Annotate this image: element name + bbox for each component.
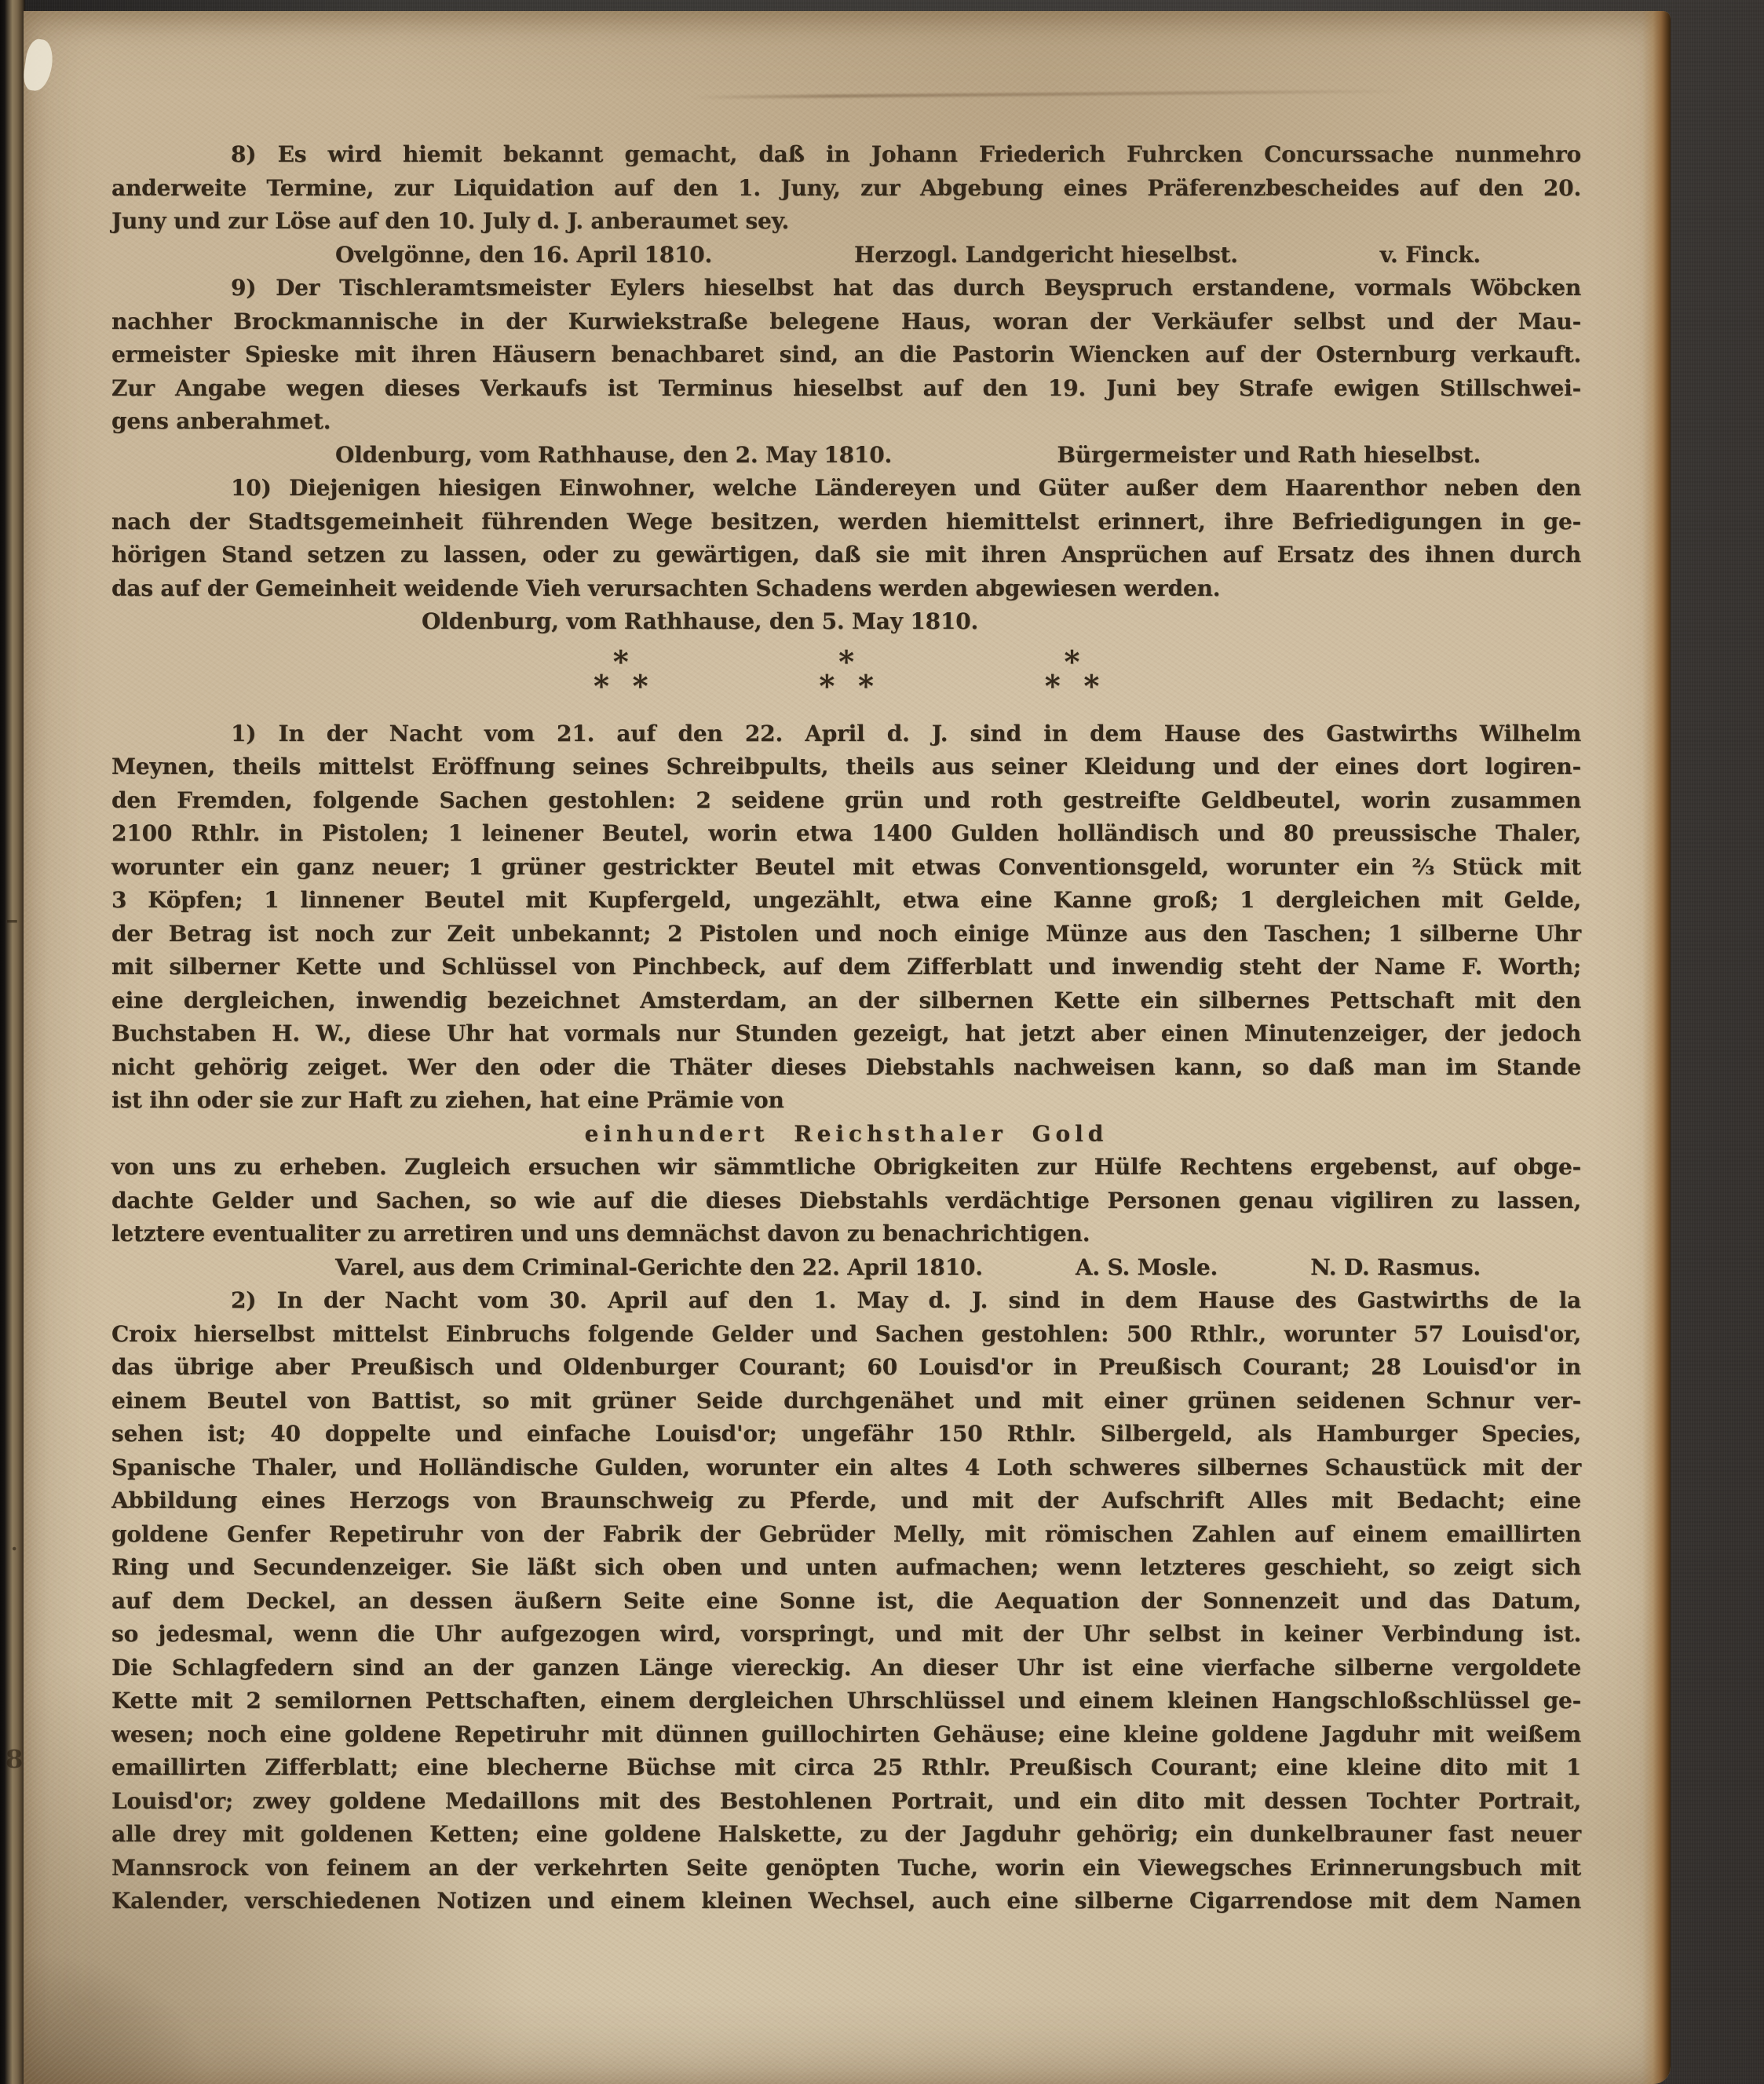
dateline-part: Varel, aus dem Criminal-Gerichte den 22.… — [335, 1251, 983, 1285]
text-line: Spanische Thaler, und Holländische Gulde… — [111, 1451, 1581, 1485]
margin-bleed-mark: - — [5, 909, 19, 933]
asterisk-icon: * — [838, 650, 854, 673]
asterisk-pair: ** — [1045, 673, 1099, 699]
dateline-part: Oldenburg, vom Rathhause, den 5. May 181… — [422, 608, 978, 634]
text-line: ist ihn oder sie zur Haft zu ziehen, hat… — [111, 1084, 1581, 1118]
text-line: nicht gehörig zeiget. Wer den oder die T… — [111, 1051, 1581, 1085]
text-line: anderweite Termine, zur Liquidation auf … — [111, 172, 1581, 206]
text-line: worunter ein ganz neuer; 1 grüner gestri… — [111, 851, 1581, 885]
text-line: sehen ist; 40 doppelte und einfache Loui… — [111, 1418, 1581, 1451]
asterisk-icon: * — [819, 673, 835, 699]
text-line: auf dem Deckel, an dessen äußern Seite e… — [111, 1585, 1581, 1619]
page-thickness-edge — [1642, 11, 1671, 2084]
notice-theft-1: 1) In der Nacht vom 21. auf den 22. Apri… — [111, 717, 1581, 1285]
text-line: Ring und Secundenzeiger. Sie läßt sich o… — [111, 1551, 1581, 1585]
page-stack-edge: - 8 . — [5, 0, 25, 2084]
asterisk-icon: * — [1083, 673, 1099, 699]
text-line: 1) In der Nacht vom 21. auf den 22. Apri… — [111, 717, 1581, 751]
paper-tear-mark — [22, 38, 56, 93]
scanned-page-photo: - 8 . 8) Es wird hiemit bekannt gemacht,… — [0, 0, 1764, 2084]
text-line: Zur Angabe wegen dieses Verkaufs ist Ter… — [111, 372, 1581, 406]
asterisk-pair: ** — [819, 673, 873, 699]
notice-theft-2: 2) In der Nacht vom 30. April auf den 1.… — [111, 1284, 1581, 1918]
text-line: Mannsrock von feinem an der verkehrten S… — [111, 1852, 1581, 1885]
text-line: Juny und zur Löse auf den 10. July d. J.… — [111, 205, 1581, 239]
asterism: *** — [1045, 650, 1099, 703]
text-line: von uns zu erheben. Zugleich ersuchen wi… — [111, 1151, 1581, 1184]
dateline-part: Herzogl. Landgericht hieselbst. — [854, 239, 1238, 272]
asterisk-pair: ** — [593, 673, 648, 699]
dateline-part: N. D. Rasmus. — [1310, 1251, 1481, 1285]
page: 8) Es wird hiemit bekannt gemacht, daß i… — [24, 11, 1671, 2084]
text-block: 8) Es wird hiemit bekannt gemacht, daß i… — [111, 138, 1581, 1918]
asterism: *** — [593, 650, 648, 703]
text-line: hörigen Stand setzen zu lassen, oder zu … — [111, 538, 1581, 572]
notice-9: 9) Der Tischleramtsmeister Eylers hiesel… — [111, 272, 1581, 472]
text-line: einem Beutel von Battist, so mit grüner … — [111, 1385, 1581, 1418]
text-line: Louisd'or; zwey goldene Medaillons mit d… — [111, 1785, 1581, 1819]
notice-8: 8) Es wird hiemit bekannt gemacht, daß i… — [111, 138, 1581, 272]
dateline: Ovelgönne, den 16. April 1810.Herzogl. L… — [111, 239, 1581, 272]
text-line: eine dergleichen, inwendig bezeichnet Am… — [111, 984, 1581, 1018]
asterism-separator: ********* — [111, 650, 1581, 703]
text-line: gens anberahmet. — [111, 405, 1581, 439]
asterisk-icon: * — [1045, 673, 1061, 699]
asterisk-icon: * — [593, 673, 609, 699]
text-line: 9) Der Tischleramtsmeister Eylers hiesel… — [111, 272, 1581, 305]
asterisk-icon: * — [613, 650, 629, 673]
text-line: Kalender, verschiedenen Notizen und eine… — [111, 1885, 1581, 1918]
text-line: Buchstaben H. W., diese Uhr hat vormals … — [111, 1017, 1581, 1051]
text-line: so jedesmal, wenn die Uhr aufgezogen wir… — [111, 1618, 1581, 1652]
dateline: Varel, aus dem Criminal-Gerichte den 22.… — [111, 1251, 1581, 1285]
dateline-part: Oldenburg, vom Rathhause, den 2. May 181… — [335, 439, 892, 473]
text-line: mit silberner Kette und Schlüssel von Pi… — [111, 951, 1581, 984]
text-line: nach der Stadtsgemeinheit führenden Wege… — [111, 505, 1581, 539]
text-line: das übrige aber Preußisch und Oldenburge… — [111, 1351, 1581, 1385]
text-line: ermeister Spieske mit ihren Häusern bena… — [111, 338, 1581, 372]
asterisk-icon: * — [858, 673, 874, 699]
dateline-part: v. Finck. — [1380, 239, 1481, 272]
text-line: Abbildung eines Herzogs von Braunschweig… — [111, 1484, 1581, 1518]
dateline-part: A. S. Mosle. — [1076, 1251, 1218, 1285]
asterisk-icon: * — [1065, 650, 1080, 673]
text-line: Kette mit 2 semilornen Pettschaften, ein… — [111, 1684, 1581, 1718]
paper-crease — [691, 89, 1413, 99]
text-line: 2) In der Nacht vom 30. April auf den 1.… — [111, 1284, 1581, 1318]
text-line: einhundert Reichsthaler Gold — [111, 1118, 1581, 1151]
text-line: dachte Gelder und Sachen, so wie auf die… — [111, 1184, 1581, 1218]
text-line: das auf der Gemeinheit weidende Vieh ver… — [111, 572, 1581, 606]
text-line: der Betrag ist noch zur Zeit unbekannt; … — [111, 918, 1581, 951]
dateline: Oldenburg, vom Rathhause, den 5. May 181… — [111, 605, 1581, 639]
asterism: *** — [819, 650, 873, 703]
text-line: wesen; noch eine goldene Repetiruhr mit … — [111, 1718, 1581, 1752]
text-line: den Fremden, folgende Sachen gestohlen: … — [111, 784, 1581, 818]
asterisk-icon: * — [633, 673, 648, 699]
text-line: 8) Es wird hiemit bekannt gemacht, daß i… — [111, 138, 1581, 172]
text-line: Meynen, theils mittelst Eröffnung seines… — [111, 750, 1581, 784]
dateline: Oldenburg, vom Rathhause, den 2. May 181… — [111, 439, 1581, 473]
margin-bleed-mark: 8 — [5, 1744, 23, 1774]
text-line: letztere eventualiter zu arretiren und u… — [111, 1217, 1581, 1251]
text-line: nachher Brockmannische in der Kurwiekstr… — [111, 305, 1581, 339]
notice-10: 10) Diejenigen hiesigen Einwohner, welch… — [111, 472, 1581, 639]
text-line: 10) Diejenigen hiesigen Einwohner, welch… — [111, 472, 1581, 505]
margin-bleed-mark: . — [11, 1532, 19, 1555]
text-line: 2100 Rthlr. in Pistolen; 1 leinener Beut… — [111, 817, 1581, 851]
text-line: goldene Genfer Repetiruhr von der Fabrik… — [111, 1518, 1581, 1552]
text-line: alle drey mit goldenen Ketten; eine gold… — [111, 1818, 1581, 1852]
text-line: 3 Köpfen; 1 linnener Beutel mit Kupferge… — [111, 884, 1581, 918]
dateline-part: Ovelgönne, den 16. April 1810. — [335, 239, 712, 272]
text-line: Die Schlagfedern sind an der ganzen Läng… — [111, 1652, 1581, 1685]
text-line: emaillirten Zifferblatt; eine blecherne … — [111, 1751, 1581, 1785]
text-line: Croix hierselbst mittelst Einbruchs folg… — [111, 1318, 1581, 1352]
dateline-part: Bürgermeister und Rath hieselbst. — [1057, 439, 1481, 473]
